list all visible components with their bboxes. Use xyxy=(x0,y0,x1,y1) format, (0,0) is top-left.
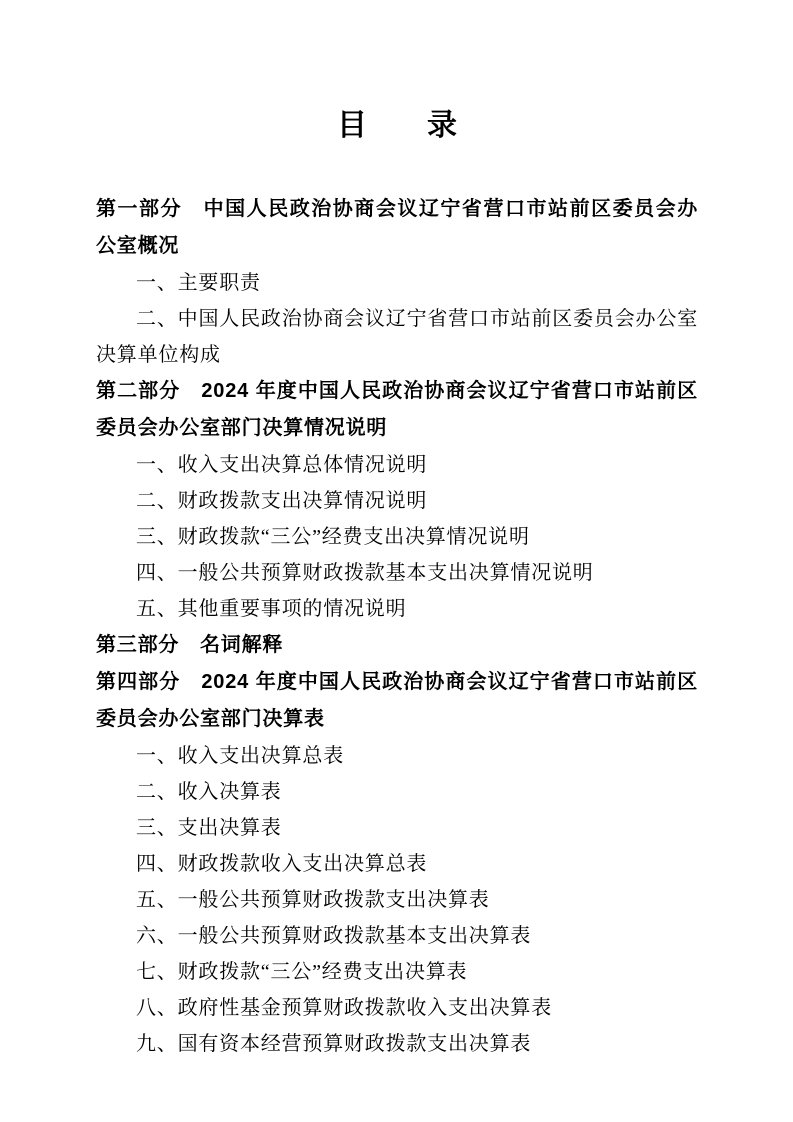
toc-item: 四、一般公共预算财政拨款基本支出决算情况说明 xyxy=(96,555,698,591)
toc-item: 五、一般公共预算财政拨款支出决算表 xyxy=(96,882,698,918)
toc-item: 九、国有资本经营预算财政拨款支出决算表 xyxy=(96,1026,698,1062)
toc-section-part2: 第二部分 2024 年度中国人民政治协商会议辽宁省营口市站前区委员会办公室部门决… xyxy=(96,373,698,447)
toc-item: 一、收入支出决算总表 xyxy=(96,738,698,774)
toc-item: 二、收入决算表 xyxy=(96,774,698,810)
toc-section-part1: 第一部分 中国人民政治协商会议辽宁省营口市站前区委员会办公室概况 xyxy=(96,191,698,265)
toc-item: 四、财政拨款收入支出决算总表 xyxy=(96,846,698,882)
table-of-contents: 第一部分 中国人民政治协商会议辽宁省营口市站前区委员会办公室概况 一、主要职责 … xyxy=(96,191,698,1062)
toc-section-part3: 第三部分 名词解释 xyxy=(96,627,698,664)
toc-item: 七、财政拨款“三公”经费支出决算表 xyxy=(96,954,698,990)
toc-item: 五、其他重要事项的情况说明 xyxy=(96,591,698,627)
toc-title: 目 录 xyxy=(96,0,698,146)
document-page: 目 录 第一部分 中国人民政治协商会议辽宁省营口市站前区委员会办公室概况 一、主… xyxy=(0,0,793,1122)
toc-item: 八、政府性基金预算财政拨款收入支出决算表 xyxy=(96,990,698,1026)
toc-item: 一、主要职责 xyxy=(96,265,698,301)
toc-item: 三、支出决算表 xyxy=(96,810,698,846)
toc-section-part4: 第四部分 2024 年度中国人民政治协商会议辽宁省营口市站前区委员会办公室部门决… xyxy=(96,664,698,738)
toc-item: 一、收入支出决算总体情况说明 xyxy=(96,447,698,483)
toc-item: 二、财政拨款支出决算情况说明 xyxy=(96,483,698,519)
toc-item: 三、财政拨款“三公”经费支出决算情况说明 xyxy=(96,519,698,555)
toc-item: 六、一般公共预算财政拨款基本支出决算表 xyxy=(96,918,698,954)
toc-item: 二、中国人民政治协商会议辽宁省营口市站前区委员会办公室决算单位构成 xyxy=(96,301,698,373)
